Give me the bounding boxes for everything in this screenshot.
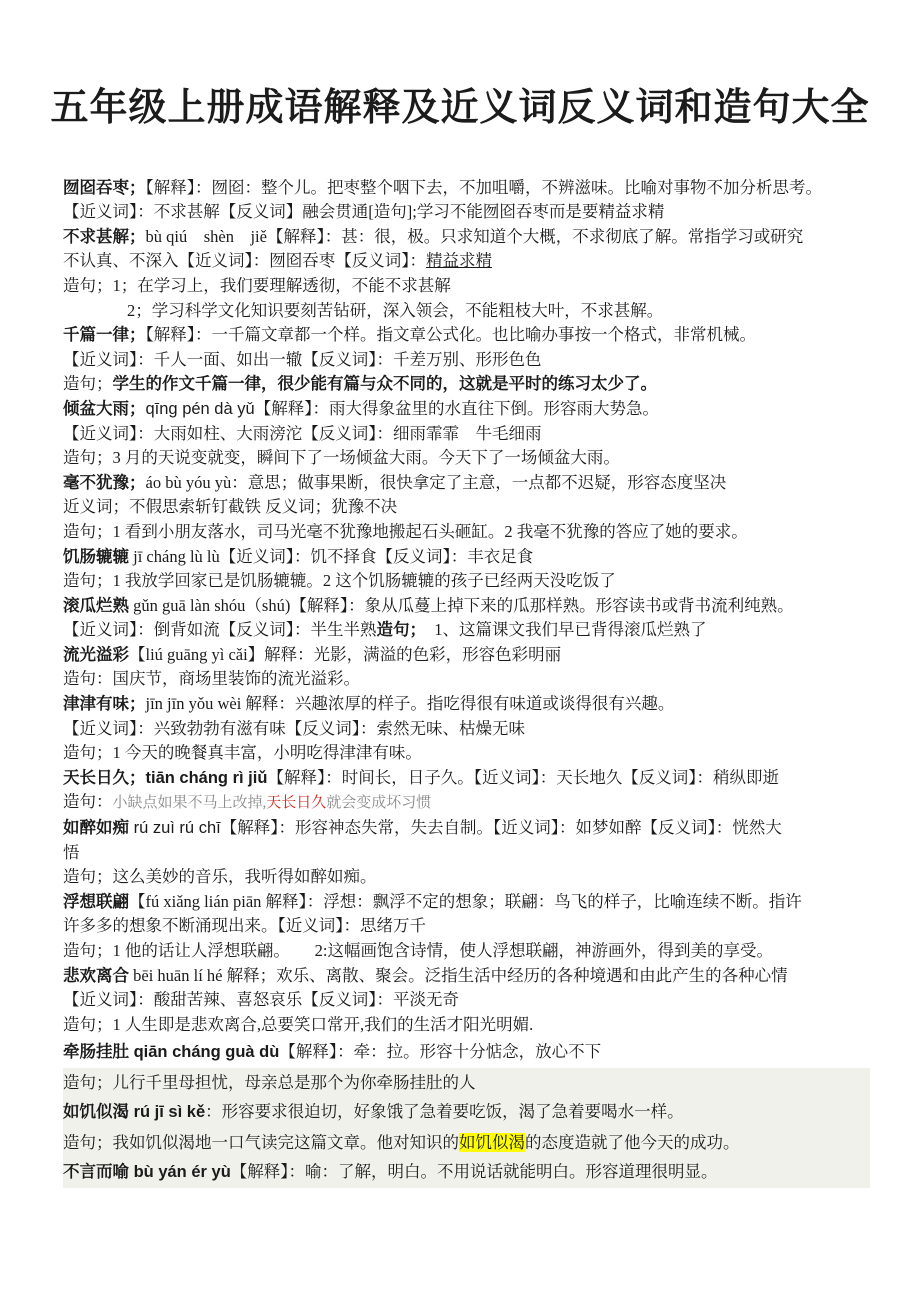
paragraph: 【近义词】：不求甚解【反义词】融会贯通[造句];学习不能囫囵吞枣而是要精益求精	[63, 200, 870, 225]
paragraph: 近义词；不假思索斩钉截铁 反义词；犹豫不决	[63, 495, 870, 520]
text-segment: 造句；	[63, 374, 113, 393]
paragraph: 不认真、不深入【近义词】：囫囵吞枣【反义词】：精益求精	[63, 249, 870, 274]
text-segment: 【解释】：囫囵：整个儿。把枣整个咽下去，不加咀嚼，不辨滋味。比喻对事物不加分析思…	[146, 178, 823, 197]
text-segment: 【近义词】：兴致勃勃有滋有味【反义词】：索然无味、枯燥无味	[63, 719, 525, 738]
paragraph: 【近义词】：千人一面、如出一辙【反义词】：千差万别、形形色色	[63, 348, 870, 373]
text-segment: 【近义词】：倒背如流【反义词】：半生半熟	[63, 620, 377, 639]
paragraph: 牵肠挂肚 qiān cháng guà dù【解释】：牵：拉。形容十分惦念，放心…	[63, 1037, 870, 1068]
paragraph: 【近义词】：大雨如柱、大雨滂沱【反义词】：细雨霏霏 牛毛细雨	[63, 422, 870, 447]
paragraph: 毫不犹豫；áo bù yóu yù：意思；做事果断，很快拿定了主意，一点都不迟疑…	[63, 471, 870, 496]
text-segment: 【近义词】：饥不择食【反义词】：丰衣足食	[220, 547, 534, 566]
text-segment: 造句；1；在学习上，我们要理解透彻，不能不求甚解	[63, 276, 451, 295]
text-segment: 【解释】：喻：了解，明白。不用说话就能明白。形容道理很明显。	[231, 1162, 718, 1181]
text-segment: 2；学习科学文化知识要刻苦钻研，深入领会，不能粗枝大叶，不求甚解。	[127, 301, 663, 320]
text-segment: 【近义词】：千人一面、如出一辙【反义词】：千差万别、形形色色	[63, 350, 542, 369]
paragraph: 造句；儿行千里母担忧，母亲总是那个为你牵肠挂肚的人	[63, 1068, 870, 1098]
text-segment: 造句；1 今天的晚餐真丰富，小明吃得津津有味。	[63, 743, 422, 762]
paragraph: 流光溢彩【liú guāng yì cǎi】解释：光影，满溢的色彩，形容色彩明丽	[63, 643, 870, 668]
text-segment: 【近义词】：大雨如柱、大雨滂沱【反义词】：细雨霏霏 牛毛细雨	[63, 424, 542, 443]
text-segment: 1、这篇课文我们早已背得滚瓜烂熟了	[418, 620, 707, 639]
paragraph: 造句；3 月的天说变就变，瞬间下了一场倾盆大雨。今天下了一场倾盆大雨。	[63, 446, 870, 471]
text-segment: 许多多的想象不断涌现出来。【近义词】：思绪万千	[63, 916, 426, 935]
text-segment: 造句；1 看到小朋友落水，司马光毫不犹豫地搬起石头砸缸。2 我毫不犹豫的答应了她…	[63, 522, 748, 541]
text-segment: gǔn guā làn shóu（shú)	[129, 596, 290, 615]
text-segment: 毫不犹豫；	[63, 473, 146, 492]
text-segment: 造句；1 他的话让人浮想联翩。 2:这幅画饱含诗情，使人浮想联翩，神游画外，得到…	[63, 941, 773, 960]
paragraph: 2；学习科学文化知识要刻苦钻研，深入领会，不能粗枝大叶，不求甚解。	[63, 299, 870, 324]
text-segment: 造句；这么美妙的音乐，我听得如醉如痴。	[63, 867, 377, 886]
text-segment: tiān cháng rì jiǔ	[146, 769, 268, 787]
text-segment: 如饥似渴	[63, 1102, 129, 1121]
paragraph: 天长日久；tiān cháng rì jiǔ【解释】：时间长，日子久。【近义词】…	[63, 766, 870, 791]
text-segment: qiān cháng guà dù	[129, 1043, 279, 1061]
text-segment: bēi huān lí hé 解释；欢乐、离散、聚会。泛指生活中经历的各种境遇和…	[129, 966, 788, 985]
text-segment: 近义词；不假思索斩钉截铁 反义词；犹豫不决	[63, 497, 397, 516]
text-segment: 【近义词】：不求甚解【反义词】融会贯通[造句];学习不能囫囵吞枣而是要精益求精	[63, 202, 664, 221]
text-segment: 【liú guāng yì cǎi】解释：光影，满溢的色彩，形容色彩明丽	[129, 645, 561, 664]
text-segment: 不言而喻	[63, 1162, 129, 1181]
text-segment: 悲欢离合	[63, 966, 129, 985]
paragraph: 囫囵吞枣；【解释】：囫囵：整个儿。把枣整个咽下去，不加咀嚼，不辨滋味。比喻对事物…	[63, 176, 870, 201]
text-segment: 【解释】：雨大得象盆里的水直往下倒。形容雨大势急。	[255, 399, 659, 418]
text-segment: 精益求精	[426, 251, 492, 270]
document-body: 囫囵吞枣；【解释】：囫囵：整个儿。把枣整个咽下去，不加咀嚼，不辨滋味。比喻对事物…	[63, 176, 870, 1188]
text-segment: 牵肠挂肚	[63, 1042, 129, 1061]
paragraph: 【近义词】：倒背如流【反义词】：半生半熟造句； 1、这篇课文我们早已背得滚瓜烂熟…	[63, 618, 870, 643]
text-segment: 囫囵吞枣；	[63, 178, 146, 197]
paragraph: 浮想联翩【fú xiǎng lián piān 解释】：浮想：飘浮不定的想象；联…	[63, 890, 870, 915]
text-segment: bù yán ér yù	[129, 1163, 231, 1181]
text-segment: 就会变成坏习惯	[326, 795, 431, 811]
text-segment: bù qiú shèn jiě	[146, 227, 267, 246]
text-segment: 【近义词】：酸甜苦辣、喜怒哀乐【反义词】：平淡无奇	[63, 990, 459, 1009]
text-segment: 如醉如痴	[63, 818, 129, 837]
text-segment: 小缺点如果不马上改掉,	[113, 795, 267, 811]
text-segment: 流光溢彩	[63, 645, 129, 664]
paragraph: 造句；我如饥似渴地一口气读完这篇文章。他对知识的如饥似渴的态度造就了他今天的成功…	[63, 1128, 870, 1158]
text-segment: 的态度造就了他今天的成功。	[525, 1133, 740, 1152]
paragraph: 造句：小缺点如果不马上改掉,天长日久就会变成坏习惯	[63, 790, 870, 816]
paragraph: 千篇一律；【解释】：一千篇文章都一个样。指文章公式化。也比喻办事按一个格式，非常…	[63, 323, 870, 348]
paragraph: 造句；1 他的话让人浮想联翩。 2:这幅画饱含诗情，使人浮想联翩，神游画外，得到…	[63, 939, 870, 964]
text-segment: 不认真、不深入【近义词】：囫囵吞枣【反义词】：	[63, 251, 426, 270]
text-segment: 【解释】：形容神态失常，失去自制。【近义词】：如梦如醉【反义词】：恍然大	[221, 818, 782, 837]
paragraph: 悟	[63, 841, 870, 866]
text-segment: 天长日久	[266, 795, 326, 811]
text-segment: 意思；做事果断，很快拿定了主意，一点都不迟疑，形容态度坚决	[248, 473, 727, 492]
text-segment: áo bù yóu yù：	[146, 473, 248, 492]
paragraph: 悲欢离合 bēi huān lí hé 解释；欢乐、离散、聚会。泛指生活中经历的…	[63, 964, 870, 989]
text-segment: 【fú xiǎng lián piān 解释】：浮想：飘浮不定的想象；联翩：鸟飞…	[129, 892, 802, 911]
text-segment: 造句；1 我放学回家已是饥肠辘辘。2 这个饥肠辘辘的孩子已经两天没吃饭了	[63, 571, 616, 590]
text-segment: ：形容要求很迫切，好象饿了急着要吃饭，渴了急着要喝水一样。	[205, 1102, 684, 1121]
text-segment: 饥肠辘辘	[63, 547, 129, 566]
text-segment: 不求甚解；	[63, 227, 146, 246]
text-segment: 造句；3 月的天说变就变，瞬间下了一场倾盆大雨。今天下了一场倾盆大雨。	[63, 448, 620, 467]
text-segment: 悟	[63, 843, 80, 862]
text-segment: 造句；1 人生即是悲欢离合,总要笑口常开,我们的生活才阳光明媚.	[63, 1015, 533, 1034]
text-segment: 如饥似渴	[459, 1133, 525, 1152]
text-segment: rú zuì rú chī	[129, 819, 221, 837]
text-segment: 【解释】：甚：很，极。只求知道个大概，不求彻底了解。常指学习或研究	[267, 227, 803, 246]
text-segment: qīng pén dà yǔ	[146, 400, 255, 418]
text-segment: 倾盆大雨；	[63, 399, 146, 418]
text-segment: 【解释】：一千篇文章都一个样。指文章公式化。也比喻办事按一个格式，非常机械。	[146, 325, 757, 344]
text-segment: 津津有味；	[63, 694, 146, 713]
text-segment: 造句；	[377, 620, 418, 639]
paragraph: 造句；1 我放学回家已是饥肠辘辘。2 这个饥肠辘辘的孩子已经两天没吃饭了	[63, 569, 870, 594]
text-segment: 学生的作文千篇一律，很少能有篇与众不同的，这就是平时的练习太少了。	[113, 374, 658, 393]
paragraph: 造句；1 今天的晚餐真丰富，小明吃得津津有味。	[63, 741, 870, 766]
text-segment: 浮想联翩	[63, 892, 129, 911]
paragraph: 如饥似渴 rú jī sì kě：形容要求很迫切，好象饿了急着要吃饭，渴了急着要…	[63, 1097, 870, 1128]
paragraph: 造句；学生的作文千篇一律，很少能有篇与众不同的，这就是平时的练习太少了。	[63, 372, 870, 397]
text-segment: 造句：国庆节，商场里装饰的流光溢彩。	[63, 669, 360, 688]
text-segment: 造句：	[63, 792, 113, 811]
text-segment: 【解释】：象从瓜蔓上掉下来的瓜那样熟。形容读书或背书流利纯熟。	[290, 596, 793, 615]
paragraph: 造句；1；在学习上，我们要理解透彻，不能不求甚解	[63, 274, 870, 299]
paragraph: 津津有味；jīn jīn yǒu wèi 解释：兴趣浓厚的样子。指吃得很有味道或…	[63, 692, 870, 717]
paragraph: 造句；这么美妙的音乐，我听得如醉如痴。	[63, 865, 870, 890]
text-segment: 天长日久；	[63, 768, 146, 787]
text-segment: rú jī sì kě	[129, 1103, 205, 1121]
paragraph: 滚瓜烂熟 gǔn guā làn shóu（shú)【解释】：象从瓜蔓上掉下来的…	[63, 594, 870, 619]
paragraph: 饥肠辘辘 jī cháng lù lù【近义词】：饥不择食【反义词】：丰衣足食	[63, 545, 870, 570]
text-segment: jī cháng lù lù	[129, 547, 220, 566]
paragraph: 【近义词】：酸甜苦辣、喜怒哀乐【反义词】：平淡无奇	[63, 988, 870, 1013]
text-segment: 滚瓜烂熟	[63, 596, 129, 615]
paragraph: 造句；1 看到小朋友落水，司马光毫不犹豫地搬起石头砸缸。2 我毫不犹豫的答应了她…	[63, 520, 870, 545]
paragraph: 许多多的想象不断涌现出来。【近义词】：思绪万千	[63, 914, 870, 939]
text-segment: 【解释】：牵：拉。形容十分惦念，放心不下	[279, 1042, 601, 1061]
text-segment: jīn jīn yǒu wèi 解释：兴趣浓厚的样子。指吃得很有味道或谈得很有兴…	[146, 694, 675, 713]
paragraph: 造句；1 人生即是悲欢离合,总要笑口常开,我们的生活才阳光明媚.	[63, 1013, 870, 1038]
text-segment: 造句；我如饥似渴地一口气读完这篇文章。他对知识的	[63, 1133, 459, 1152]
text-segment: 造句；儿行千里母担忧，母亲总是那个为你牵肠挂肚的人	[63, 1073, 476, 1092]
paragraph: 造句：国庆节，商场里装饰的流光溢彩。	[63, 667, 870, 692]
paragraph: 不言而喻 bù yán ér yù【解释】：喻：了解，明白。不用说话就能明白。形…	[63, 1157, 870, 1188]
text-segment: 千篇一律；	[63, 325, 146, 344]
paragraph: 不求甚解；bù qiú shèn jiě【解释】：甚：很，极。只求知道个大概，不…	[63, 225, 870, 250]
paragraph: 如醉如痴 rú zuì rú chī【解释】：形容神态失常，失去自制。【近义词】…	[63, 816, 870, 841]
text-segment: 【解释】：时间长，日子久。【近义词】：天长地久【反义词】：稍纵即逝	[267, 768, 779, 787]
paragraph: 倾盆大雨；qīng pén dà yǔ【解释】：雨大得象盆里的水直往下倒。形容雨…	[63, 397, 870, 422]
paragraph: 【近义词】：兴致勃勃有滋有味【反义词】：索然无味、枯燥无味	[63, 717, 870, 742]
document-page: 五年级上册成语解释及近义词反义词和造句大全 囫囵吞枣；【解释】：囫囵：整个儿。把…	[0, 0, 920, 1302]
document-title: 五年级上册成语解释及近义词反义词和造句大全	[38, 86, 882, 132]
